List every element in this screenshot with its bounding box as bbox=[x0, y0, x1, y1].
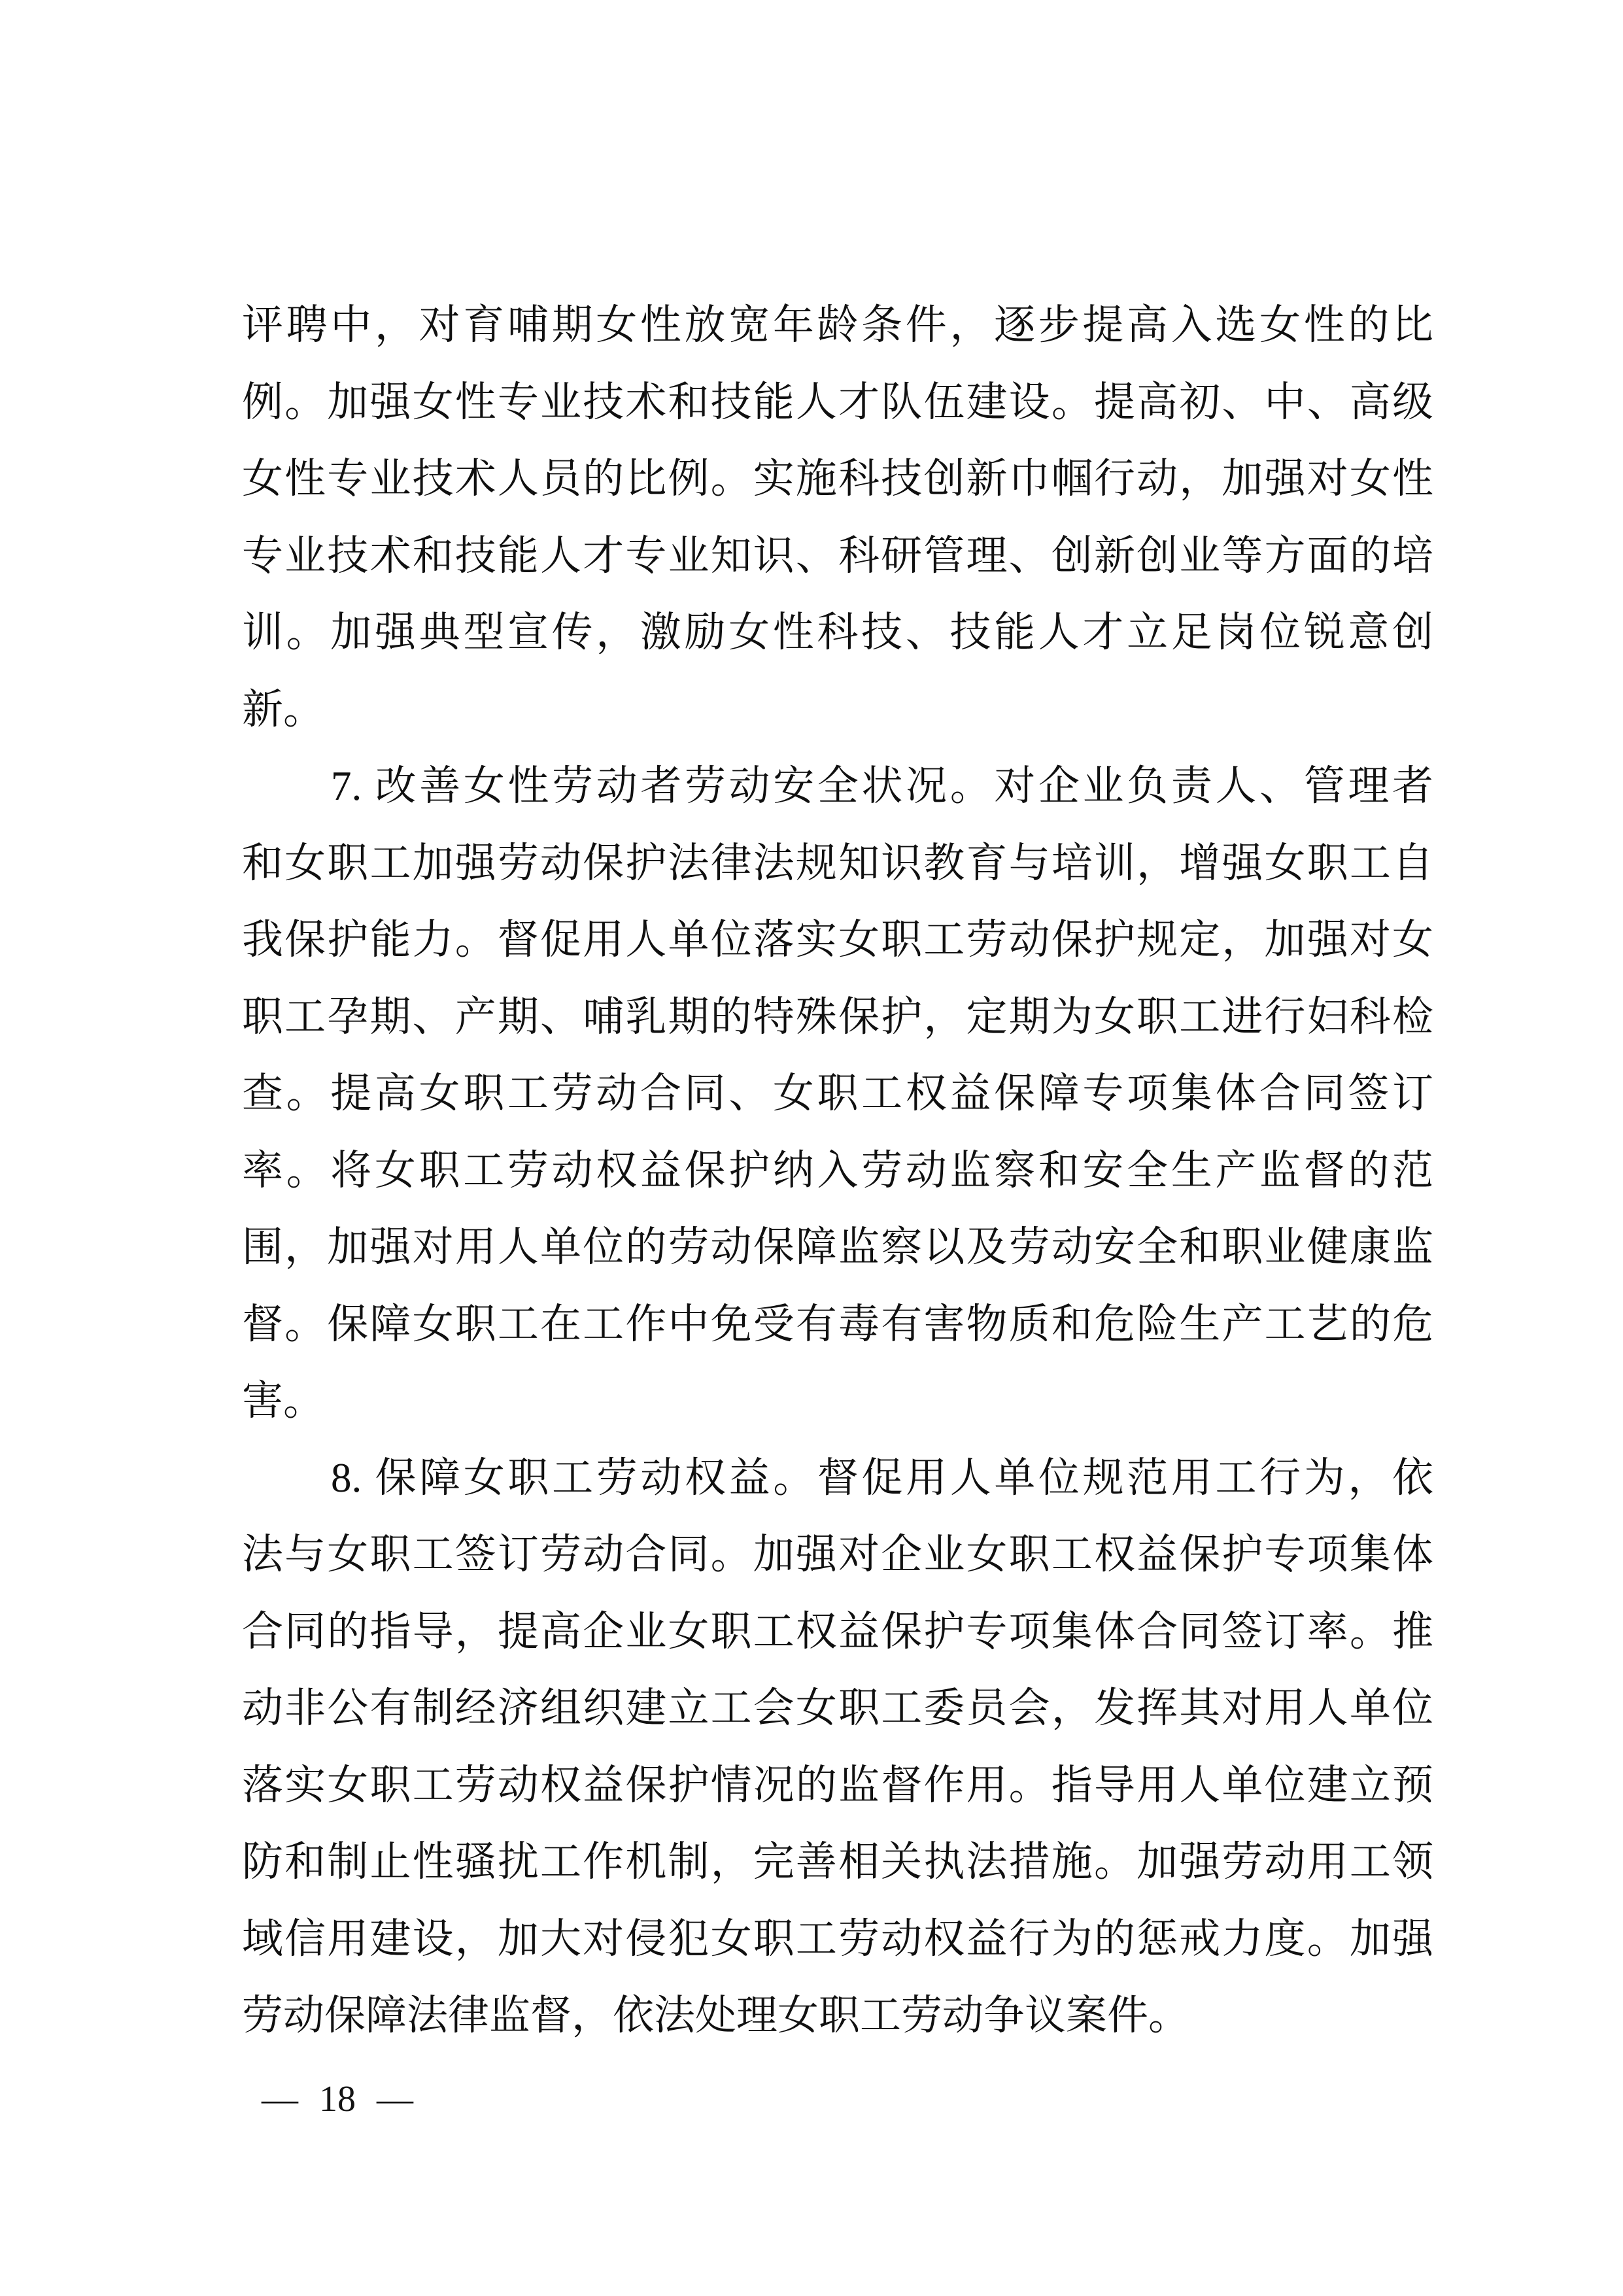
text-line: 训。加强典型宣传，激励女性科技、技能人才立足岗位锐意创 bbox=[242, 594, 1433, 672]
footer-dash-left: — bbox=[262, 2078, 298, 2120]
footer-dash-right: — bbox=[377, 2078, 413, 2120]
text-line: 围，加强对用人单位的劳动保障监察以及劳动安全和职业健康监 bbox=[242, 1209, 1433, 1286]
text-line: 女性专业技术人员的比例。实施科技创新巾帼行动，加强对女性 bbox=[242, 441, 1433, 518]
text-line: 7. 改善女性劳动者劳动安全状况。对企业负责人、管理者 bbox=[242, 748, 1433, 825]
text-line: 合同的指导，提高企业女职工权益保护专项集体合同签订率。推 bbox=[242, 1594, 1433, 1671]
text-line: 职工孕期、产期、哺乳期的特殊保护，定期为女职工进行妇科检 bbox=[242, 979, 1433, 1056]
text-line: 率。将女职工劳动权益保护纳入劳动监察和安全生产监督的范 bbox=[242, 1133, 1433, 1210]
text-line: 域信用建设，加大对侵犯女职工劳动权益行为的惩戒力度。加强 bbox=[242, 1901, 1433, 1978]
page-footer: — 18 — bbox=[262, 2078, 413, 2120]
text-line: 新。 bbox=[242, 672, 1433, 749]
text-line: 例。加强女性专业技术和技能人才队伍建设。提高初、中、高级 bbox=[242, 364, 1433, 441]
text-line: 动非公有制经济组织建立工会女职工委员会，发挥其对用人单位 bbox=[242, 1670, 1433, 1747]
text-line: 防和制止性骚扰工作机制，完善相关执法措施。加强劳动用工领 bbox=[242, 1824, 1433, 1901]
text-line: 落实女职工劳动权益保护情况的监督作用。指导用人单位建立预 bbox=[242, 1747, 1433, 1825]
text-block: 评聘中，对育哺期女性放宽年龄条件，逐步提高入选女性的比例。加强女性专业技术和技能… bbox=[242, 287, 1433, 2055]
page-number: 18 bbox=[319, 2078, 356, 2120]
text-line: 法与女职工签订劳动合同。加强对企业女职工权益保护专项集体 bbox=[242, 1516, 1433, 1594]
text-line: 和女职工加强劳动保护法律法规知识教育与培训，增强女职工自 bbox=[242, 825, 1433, 902]
text-line: 专业技术和技能人才专业知识、科研管理、创新创业等方面的培 bbox=[242, 518, 1433, 595]
text-line: 督。保障女职工在工作中免受有毒有害物质和危险生产工艺的危 bbox=[242, 1286, 1433, 1363]
text-line: 查。提高女职工劳动合同、女职工权益保障专项集体合同签订 bbox=[242, 1055, 1433, 1133]
text-line: 评聘中，对育哺期女性放宽年龄条件，逐步提高入选女性的比 bbox=[242, 287, 1433, 364]
document-page: 评聘中，对育哺期女性放宽年龄条件，逐步提高入选女性的比例。加强女性专业技术和技能… bbox=[0, 0, 1623, 2296]
text-line: 我保护能力。督促用人单位落实女职工劳动保护规定，加强对女 bbox=[242, 902, 1433, 979]
text-line: 8. 保障女职工劳动权益。督促用人单位规范用工行为，依 bbox=[242, 1440, 1433, 1517]
text-line: 害。 bbox=[242, 1363, 1433, 1440]
text-line: 劳动保障法律监督，依法处理女职工劳动争议案件。 bbox=[242, 1978, 1433, 2055]
